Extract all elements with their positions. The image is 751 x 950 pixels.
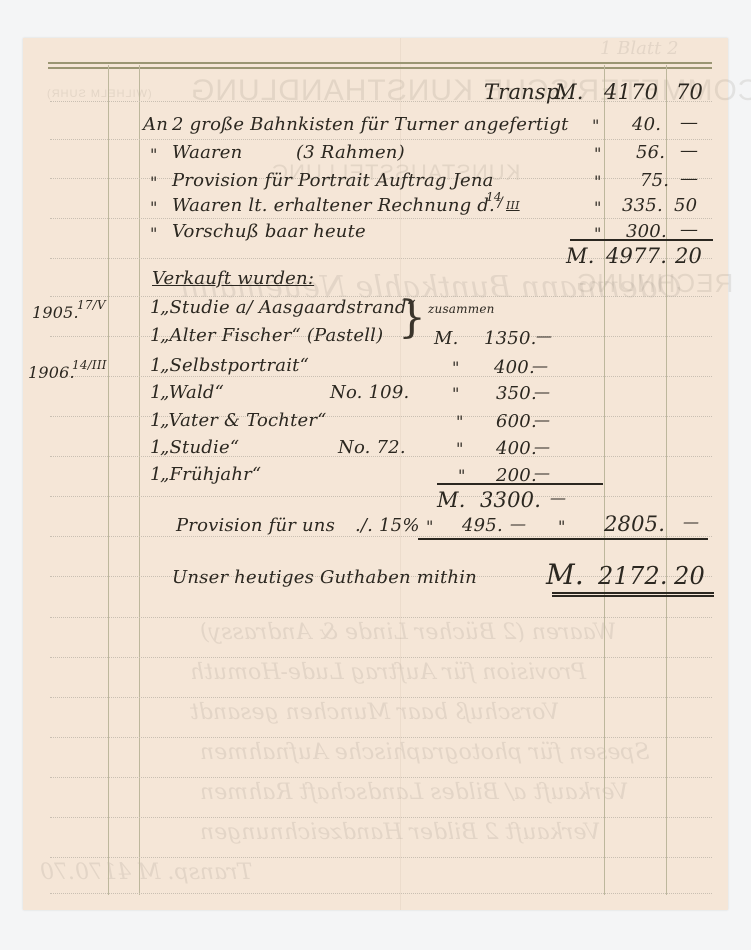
charge-cents: —	[680, 112, 698, 133]
balance-currency: M.	[546, 558, 584, 591]
ruled-line	[50, 777, 712, 778]
balance-cents: 20	[674, 562, 705, 590]
sold-total-rule	[437, 483, 603, 485]
charge-amount: 335.	[622, 195, 663, 216]
sale-cents: —	[534, 382, 550, 401]
charge-cents: 50	[674, 195, 697, 216]
sale-cents: —	[534, 410, 550, 429]
sale-amount: 1350.	[484, 328, 537, 349]
ruled-line	[50, 697, 712, 698]
sale-date: 1906.	[28, 363, 75, 382]
sale-title: „Wald“	[160, 382, 224, 403]
sale-amount: 350.	[496, 383, 537, 404]
ditto-mark: "	[452, 358, 460, 377]
sale-title: „Studie“	[160, 437, 239, 458]
sale-cents: —	[534, 437, 550, 456]
sale-title: „Selbstportrait“	[160, 355, 309, 376]
ditto-mark: "	[594, 144, 602, 163]
ruled-line	[50, 376, 712, 377]
balance-double-rule	[552, 592, 714, 594]
ghost-handwriting: Transp. M 4170.70	[40, 860, 252, 885]
charge-amount: 40.	[632, 114, 661, 135]
top-rule	[48, 67, 712, 69]
ditto-mark: "	[150, 173, 158, 192]
sale-amount: 400.	[496, 438, 537, 459]
sale-title: „Vater & Tochter“	[160, 410, 327, 431]
charge-note: (3 Rahmen)	[296, 142, 405, 163]
group-brace: }	[398, 292, 426, 343]
column-line	[139, 65, 140, 895]
subtotal-rule	[570, 239, 713, 241]
ghost-handwriting: Verkauft a/ Bildes Landschaft Rahmen	[200, 780, 628, 805]
sale-title: „Frühjahr“	[160, 464, 261, 485]
balance-text: Unser heutiges Guthaben mithin	[172, 567, 477, 588]
corner-note: 1 Blatt 2	[600, 38, 679, 59]
ghost-owner: (WILHELM SUHR)	[46, 88, 152, 100]
sale-date-fraction: 17/V	[77, 298, 106, 312]
ruled-line	[50, 817, 712, 818]
sale-amount: 400.	[494, 357, 535, 378]
top-rule	[48, 62, 712, 64]
transfer-cents: 70	[676, 80, 703, 104]
ditto-mark: "	[456, 412, 464, 431]
ruled-line	[50, 218, 712, 219]
charge-text: Waaren lt. erhaltener Rechnung d.	[172, 195, 495, 216]
ditto-mark: "	[426, 517, 434, 536]
charge-cents: —	[680, 219, 698, 240]
sold-total-cents: —	[550, 488, 566, 507]
transfer-currency: M.	[555, 80, 584, 104]
sale-cents: —	[534, 463, 550, 482]
charge-date-denominator: III	[506, 199, 520, 212]
charges-total-amount: 4977.	[606, 244, 667, 268]
commission-net-cents: —	[683, 512, 699, 531]
ditto-mark: "	[452, 384, 460, 403]
ghost-handwriting: Waaren (2 Bücher Linde & Andrassy)	[200, 620, 616, 645]
charge-amount: 56.	[636, 142, 665, 163]
charge-cents: —	[680, 168, 698, 189]
ditto-mark: "	[592, 116, 600, 135]
charge-cents: —	[680, 140, 698, 161]
charge-text: Waaren	[172, 142, 242, 163]
charge-text: Provision für Portrait Auftrag Jena	[172, 170, 494, 191]
ruled-line	[50, 617, 712, 618]
commission-text: Provision für uns	[176, 515, 335, 536]
ditto-mark: "	[150, 224, 158, 243]
charge-date-slash: /	[498, 195, 503, 211]
charge-amount: 75.	[640, 170, 669, 191]
group-note: zusammen	[428, 302, 495, 316]
charge-text: 2 große Bahnkisten für Turner angefertig…	[172, 114, 569, 135]
ghost-handwriting: Verkauft 2 Bilder Handzeichnungen	[200, 820, 600, 845]
sale-number: No. 109.	[330, 382, 409, 403]
charges-total-currency: M.	[566, 244, 595, 268]
ruled-line	[50, 139, 712, 140]
sale-amount: 600.	[496, 411, 537, 432]
ditto-mark: "	[150, 145, 158, 164]
balance-double-rule	[552, 595, 714, 597]
sold-total-currency: M.	[437, 488, 466, 512]
ruled-line	[50, 536, 712, 537]
ruled-line	[50, 857, 712, 858]
ruled-line	[50, 657, 712, 658]
ditto-mark: "	[558, 517, 566, 536]
sale-number: No. 72.	[338, 437, 406, 458]
sale-title: „Studie a/ Aasgaardstrand“	[160, 297, 416, 318]
sale-title: „Alter Fischer“ (Pastell)	[160, 325, 383, 346]
ditto-mark: "	[594, 172, 602, 191]
sale-cents: —	[532, 356, 548, 375]
sold-heading: Verkauft wurden:	[152, 268, 314, 289]
charge-prefix: An	[143, 114, 168, 135]
commission-rule	[418, 538, 708, 540]
ghost-handwriting: Provision für Auftrag Lude-Homuth	[190, 660, 586, 685]
commission-rate: ./. 15%	[355, 515, 420, 536]
charges-total-cents: 20	[675, 244, 702, 268]
ditto-mark: "	[594, 198, 602, 217]
ghost-handwriting: Spesen für photographische Aufnahmen	[200, 740, 650, 765]
column-line	[604, 65, 605, 895]
ditto-mark: "	[456, 439, 464, 458]
charge-text: Vorschuß baar heute	[172, 221, 366, 242]
commission-cents: —	[510, 514, 526, 533]
sale-date: 1905.	[32, 303, 79, 322]
ruled-line	[50, 496, 712, 497]
ruled-line	[50, 893, 712, 894]
sold-total-amount: 3300.	[480, 488, 541, 512]
ghost-handwriting: Vorschuß baar Munchen gesandt	[190, 700, 559, 725]
transfer-amount: 4170	[604, 80, 658, 104]
column-line	[108, 65, 109, 895]
commission-net-amount: 2805.	[604, 512, 665, 536]
ruled-line	[50, 737, 712, 738]
ditto-mark: "	[150, 198, 158, 217]
sale-date-fraction: 14/III	[72, 358, 107, 372]
sale-currency: M.	[434, 328, 459, 349]
balance-amount: 2172.	[598, 562, 668, 590]
sale-cents: —	[536, 326, 552, 345]
commission-amount: 495.	[462, 515, 503, 536]
